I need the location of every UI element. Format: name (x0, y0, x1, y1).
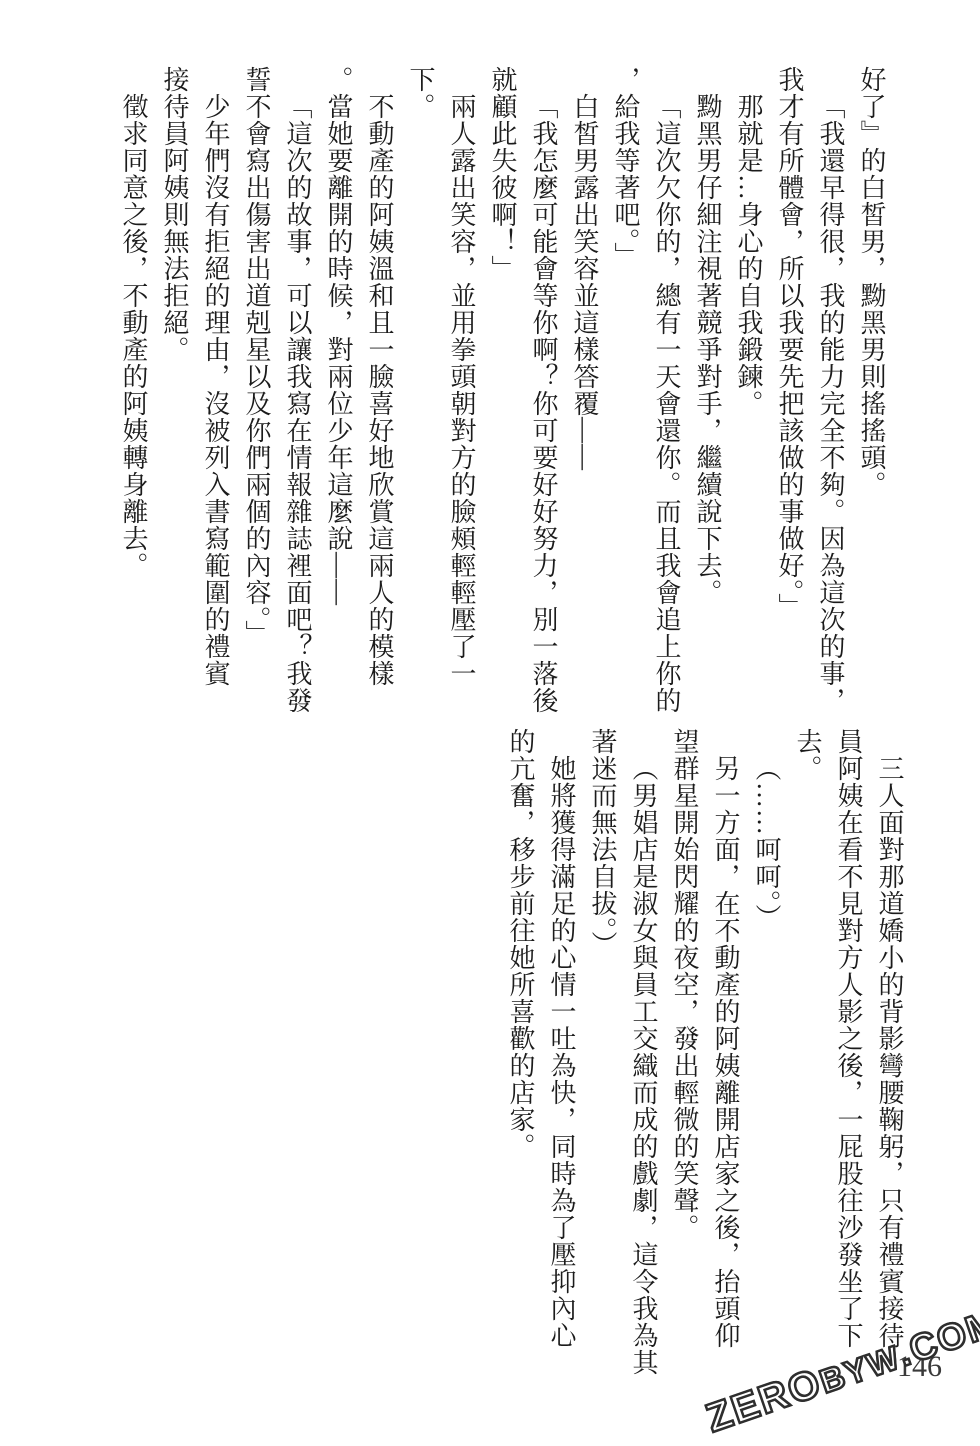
text-line: 不動產的阿姨溫和且一臉喜好地欣賞這兩人的模樣 (359, 66, 400, 716)
text-block-top: 好了』的白皙男，黝黑男則搖搖頭。「我還早得很，我的能力完全不夠。因為這次的事，我… (113, 66, 892, 716)
text-line: （男娼店是淑女與員工交織而成的戲劇，這令我為其 (623, 728, 664, 1378)
text-line: 徵求同意之後，不動產的阿姨轉身離去。 (113, 66, 154, 716)
text-line: 員阿姨在看不見對方人影之後，一屁股往沙發坐了下 (828, 728, 869, 1378)
text-line: 她將獲得滿足的心情一吐為快，同時為了壓抑內心 (541, 728, 582, 1378)
text-line: 「我怎麼可能會等你啊？你可要好好努力，別一落後 (523, 66, 564, 716)
text-line: 「這次欠你的，總有一天會還你。而且我會追上你的 (646, 66, 687, 716)
text-line: 就顧此失彼啊！」 (482, 66, 523, 716)
text-line: ，給我等著吧。」 (605, 66, 646, 716)
text-line: 兩人露出笑容，並用拳頭朝對方的臉頰輕輕壓了一 (441, 66, 482, 716)
text-line: 。當她要離開的時候，對兩位少年這麼說—— (318, 66, 359, 716)
text-line: 少年們沒有拒絕的理由，沒被列入書寫範圍的禮賓 (195, 66, 236, 716)
text-block-bottom: 三人面對那道嬌小的背影彎腰鞠躬，只有禮賓接待員阿姨在看不見對方人影之後，一屁股往… (500, 728, 910, 1378)
novel-page: 好了』的白皙男，黝黑男則搖搖頭。「我還早得很，我的能力完全不夠。因為這次的事，我… (0, 0, 980, 1446)
text-line: 下。 (400, 66, 441, 716)
text-line: 著迷而無法自拔。） (582, 728, 623, 1378)
text-line: 白皙男露出笑容並這樣答覆—— (564, 66, 605, 716)
text-line: 去。 (787, 728, 828, 1378)
text-line: 「這次的故事，可以讓我寫在情報雜誌裡面吧？我發 (277, 66, 318, 716)
text-line: 接待員阿姨則無法拒絕。 (154, 66, 195, 716)
text-line: 三人面對那道嬌小的背影彎腰鞠躬，只有禮賓接待 (869, 728, 910, 1378)
text-line: 「我還早得很，我的能力完全不夠。因為這次的事， (810, 66, 851, 716)
text-line: 另一方面，在不動產的阿姨離開店家之後，抬頭仰 (705, 728, 746, 1378)
text-line: 那就是…身心的自我鍛鍊。 (728, 66, 769, 716)
text-line: 我才有所體會，所以我要先把該做的事做好。」 (769, 66, 810, 716)
text-line: 誓不會寫出傷害出道剋星以及你們兩個的內容。」 (236, 66, 277, 716)
text-line: 黝黑男仔細注視著競爭對手，繼續說下去。 (687, 66, 728, 716)
text-line: 好了』的白皙男，黝黑男則搖搖頭。 (851, 66, 892, 716)
text-line: （……呵呵。） (746, 728, 787, 1378)
text-line: 望群星開始閃耀的夜空，發出輕微的笑聲。 (664, 728, 705, 1378)
text-line: 的亢奮，移步前往她所喜歡的店家。 (500, 728, 541, 1378)
